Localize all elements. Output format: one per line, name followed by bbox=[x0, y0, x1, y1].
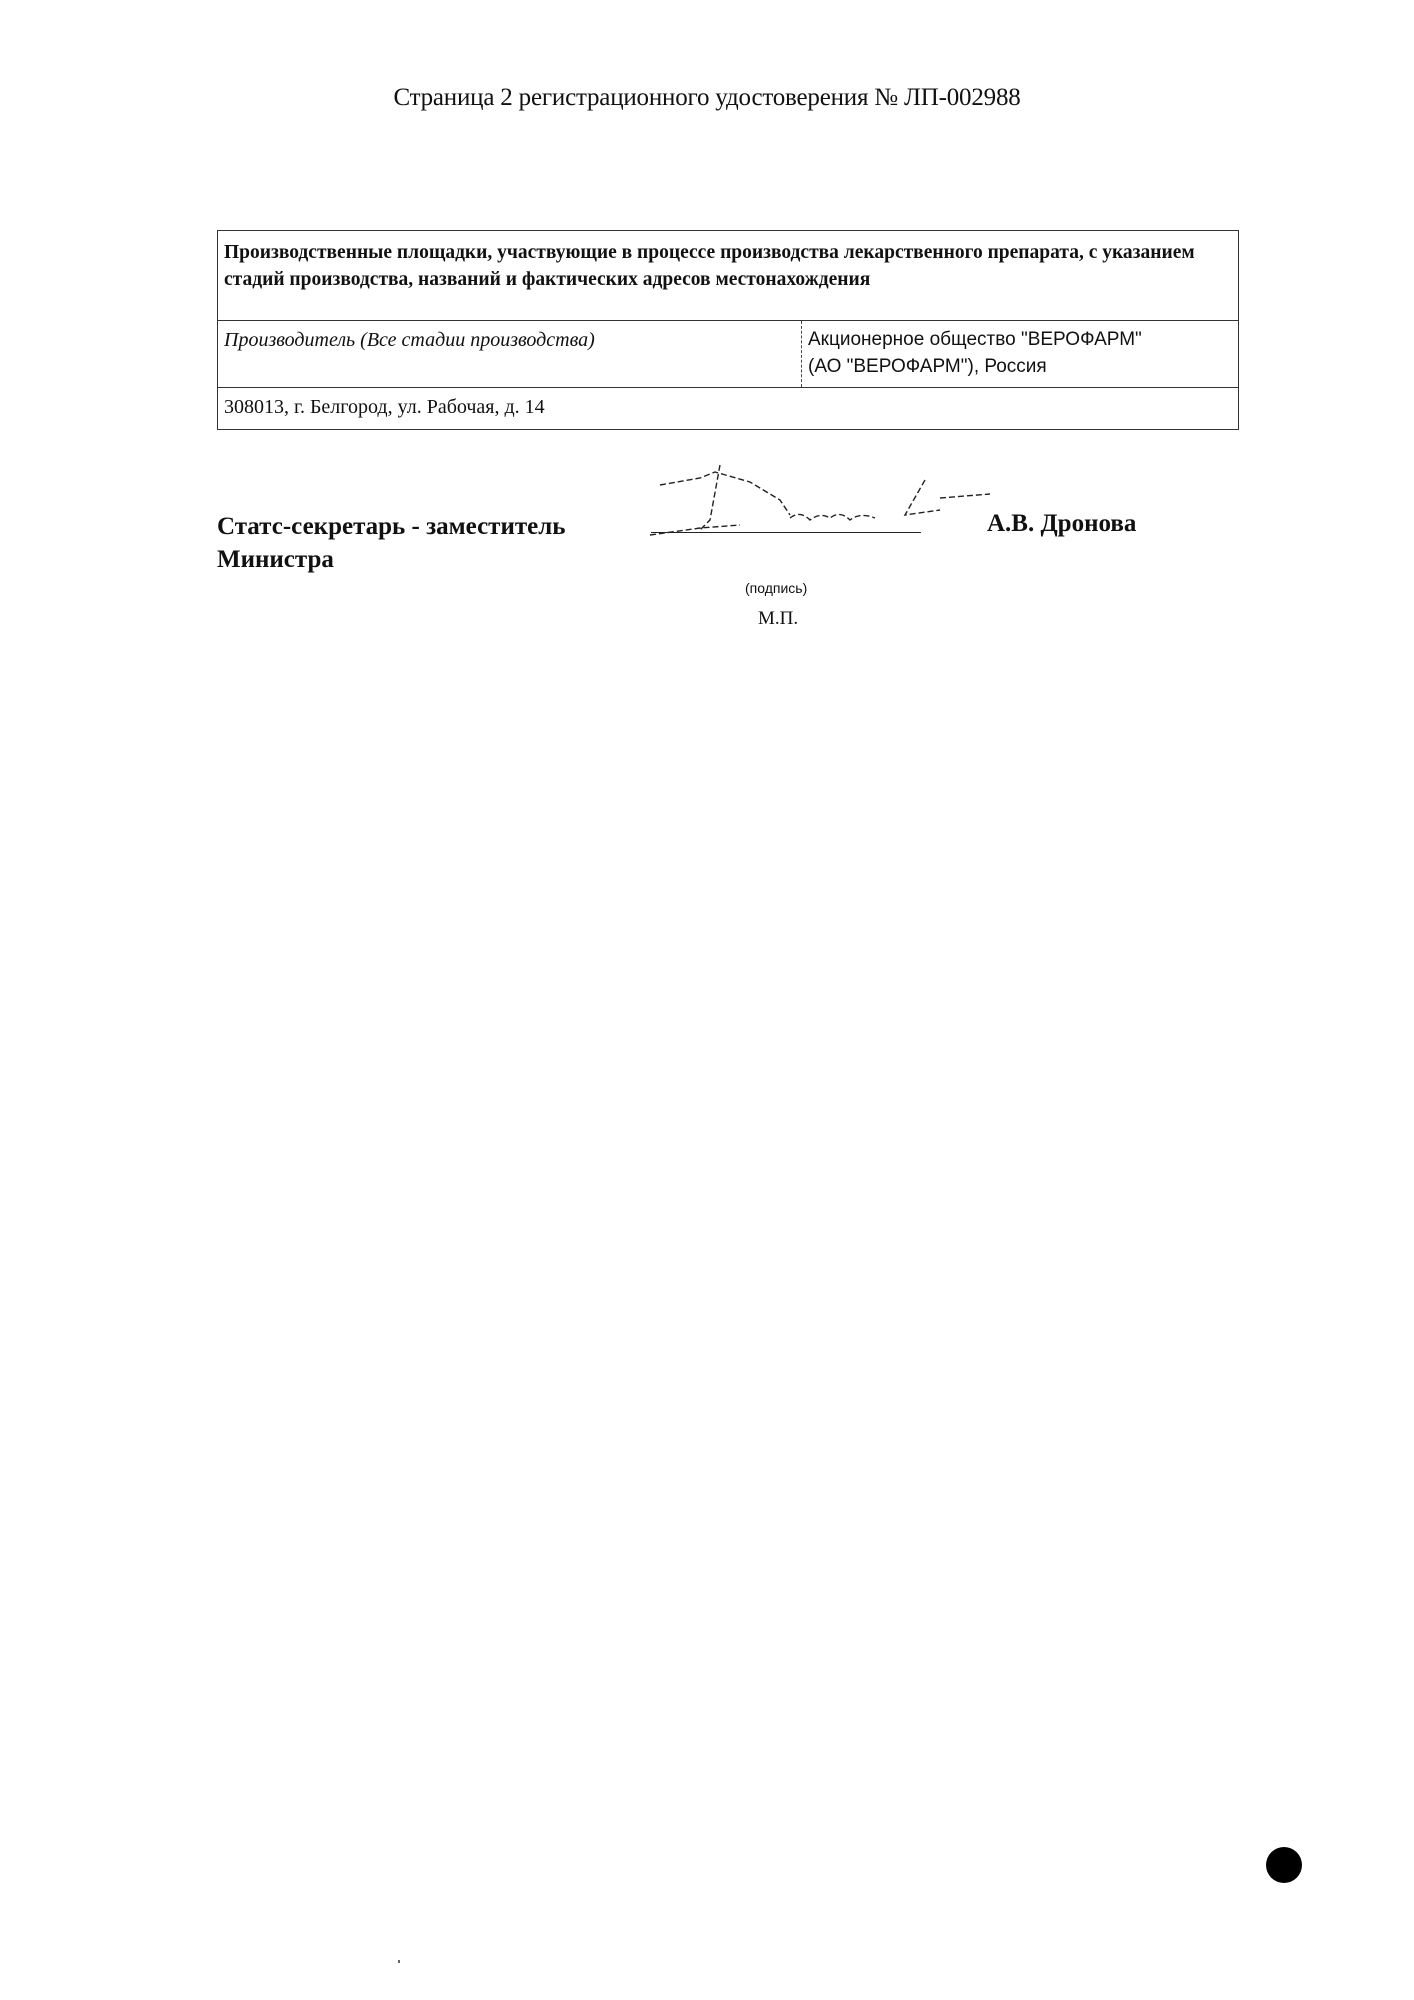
company-short-name: (АО "ВЕРОФАРМ"), Россия bbox=[808, 353, 1232, 380]
seal-place-mark: М.П. bbox=[758, 608, 798, 630]
position-line-1: Статс-секретарь - заместитель bbox=[217, 510, 566, 543]
manufacturing-sites-table: Производственные площадки, участвующие в… bbox=[217, 230, 1239, 430]
signature-caption: (подпись) bbox=[745, 580, 807, 596]
signatory-position: Статс-секретарь - заместитель Министра bbox=[217, 510, 566, 576]
table-row: Производитель (Все стадии производства) … bbox=[218, 321, 1238, 388]
signature-line bbox=[651, 532, 921, 533]
position-line-2: Министра bbox=[217, 543, 566, 576]
table-row: 308013, г. Белгород, ул. Рабочая, д. 14 bbox=[218, 388, 1238, 429]
manufacturer-role-cell: Производитель (Все стадии производства) bbox=[218, 321, 802, 387]
signatory-name: А.В. Дронова bbox=[987, 510, 1136, 538]
table-header-row: Производственные площадки, участвующие в… bbox=[218, 231, 1238, 321]
company-name: Акционерное общество "ВЕРОФАРМ" bbox=[808, 326, 1232, 353]
table-heading: Производственные площадки, участвующие в… bbox=[218, 231, 1238, 320]
company-cell: Акционерное общество "ВЕРОФАРМ" (АО "ВЕР… bbox=[802, 321, 1238, 387]
address-cell: 308013, г. Белгород, ул. Рабочая, д. 14 bbox=[218, 388, 551, 429]
punch-hole-icon bbox=[1266, 1847, 1302, 1883]
page-header: Страница 2 регистрационного удостоверени… bbox=[0, 84, 1414, 112]
handwritten-signature-icon bbox=[640, 460, 1010, 540]
scan-speck bbox=[398, 1960, 400, 1963]
